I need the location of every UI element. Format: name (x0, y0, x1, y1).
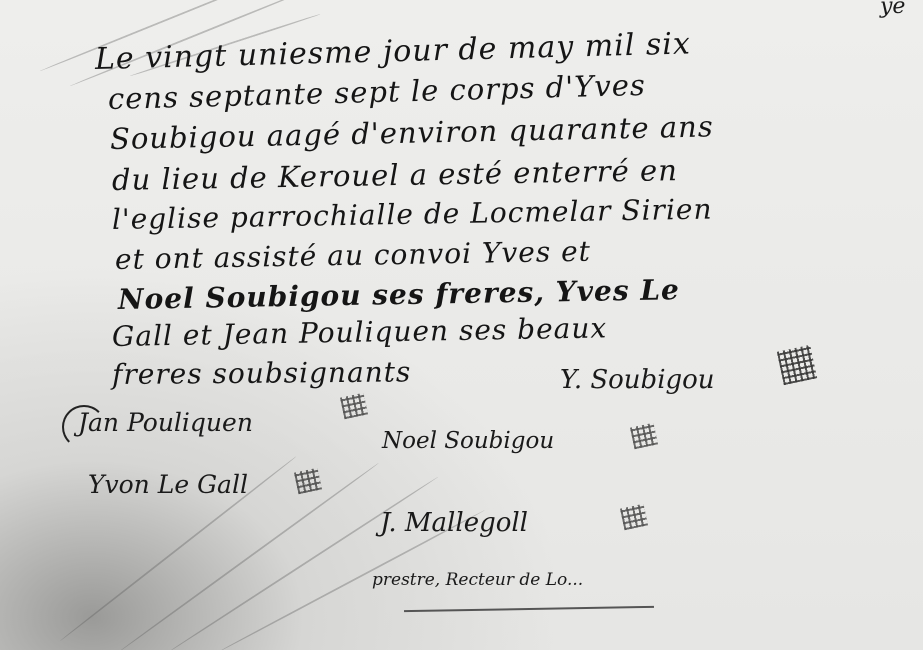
signature-noel-soubigou: Noel Soubigou (382, 428, 554, 454)
signature-pouliquen: Jan Pouliquen (78, 408, 253, 437)
signature-le-gall: Yvon Le Gall (88, 470, 248, 499)
manuscript-page: ye Le vingt uniesme jour de may mil six … (0, 0, 923, 650)
signature-mark (630, 423, 658, 450)
record-line-7: Noel Soubigou ses freres, Yves Le (118, 273, 680, 316)
signature-mark (620, 504, 648, 531)
record-line-8: Gall et Jean Pouliquen ses beaux (112, 311, 608, 353)
record-line-5: l'eglise parrochialle de Locmelar Sirien (112, 193, 713, 236)
signature-mark (777, 345, 817, 385)
officiant-title: prestre, Recteur de Lo... (372, 570, 583, 590)
record-line-9: freres soubsignants (112, 355, 412, 391)
signature-mark (340, 393, 368, 420)
corner-mark: ye (880, 0, 905, 19)
signature-mark (294, 468, 322, 495)
record-line-2: cens septante sept le corps d'Yves (108, 68, 647, 116)
signature-underline (404, 606, 654, 612)
record-line-6: et ont assisté au convoi Yves et (115, 235, 591, 276)
signature-mallegoll: J. Mallegoll (380, 508, 528, 538)
record-line-4: du lieu de Kerouel a esté enterré en (112, 153, 678, 197)
bleed-through-stroke (169, 476, 438, 650)
signature-soubigou: Y. Soubigou (560, 365, 715, 395)
record-line-3: Soubigou aagé d'environ quarante ans (110, 109, 714, 156)
